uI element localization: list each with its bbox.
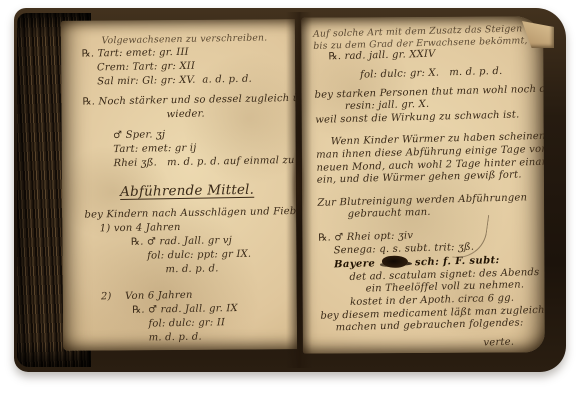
manuscript-line: Rhei ʒß. m. d. p. d. auf einmal zu —: [114, 154, 290, 171]
manuscript-line: fol: dulc: gr: X. m. d. p. d.: [360, 65, 533, 82]
manuscript-line: m. d. p. d.: [165, 261, 291, 277]
manuscript-line: Sal mir: Gl: gr: XV. a. d. p. d.: [97, 72, 288, 89]
manuscript-photo: Volgewachsenen zu verschreiben.℞. Tart: …: [0, 0, 580, 397]
right-page-text: Auf solche Art mit dem Zusatz das Steige…: [301, 16, 545, 353]
left-page-text: Volgewachsenen zu verschreiben.℞. Tart: …: [61, 19, 297, 351]
manuscript-line: m. d. p. d.: [149, 329, 293, 346]
left-page: Volgewachsenen zu verschreiben.℞. Tart: …: [61, 19, 297, 351]
ink-blot: [382, 256, 408, 269]
manuscript-line: Abführende Mittel.: [84, 180, 290, 202]
gutter-stain: [289, 128, 307, 243]
right-page: Auf solche Art mit dem Zusatz das Steige…: [301, 16, 545, 353]
manuscript-line: verte.: [321, 336, 540, 354]
